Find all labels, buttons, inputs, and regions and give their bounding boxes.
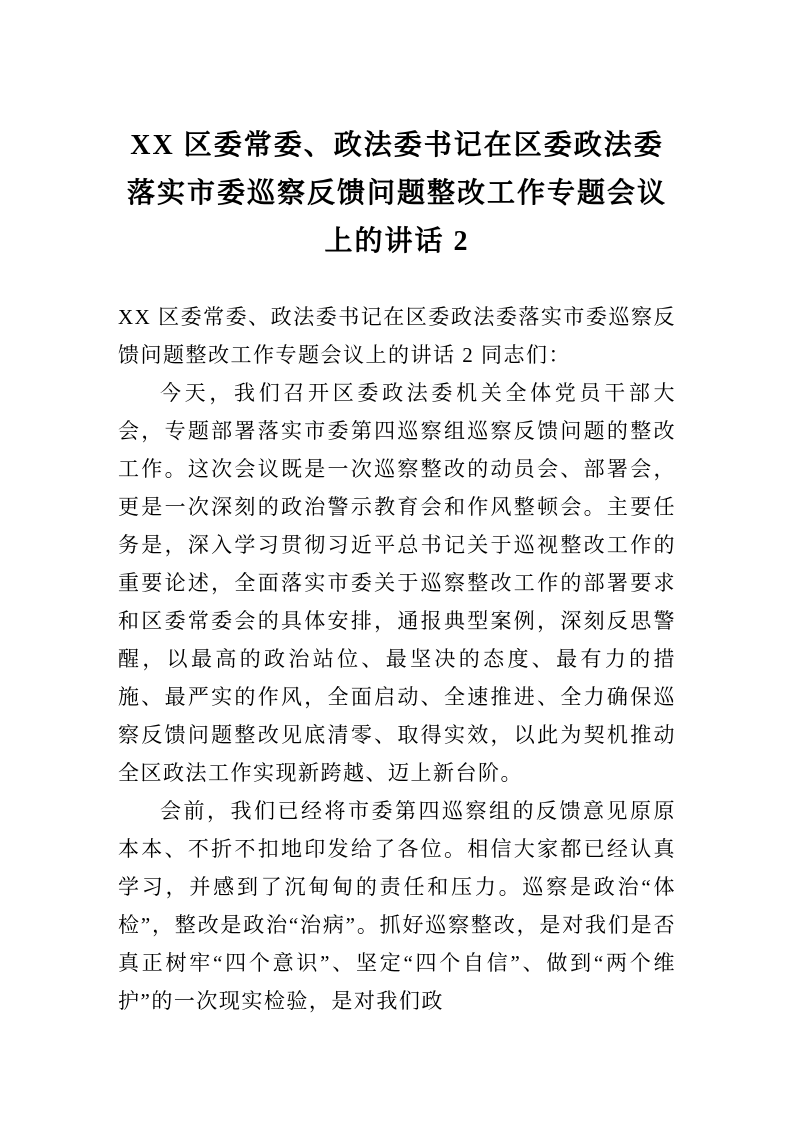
document-title: XX 区委常委、政法委书记在区委政法委落实市委巡察反馈问题整改工作专题会议上的讲… bbox=[118, 122, 676, 266]
document-page: XX 区委常委、政法委书记在区委政法委落实市委巡察反馈问题整改工作专题会议上的讲… bbox=[0, 0, 793, 1122]
paragraph-feedback-distribution: 会前，我们已经将市委第四巡察组的反馈意见原原本本、不折不扣地印发给了各位。相信大… bbox=[118, 792, 676, 1020]
document-body: XX 区委常委、政法委书记在区委政法委落实市委巡察反馈问题整改工作专题会议上的讲… bbox=[118, 298, 676, 1020]
paragraph-salutation: XX 区委常委、政法委书记在区委政法委落实市委巡察反馈问题整改工作专题会议上的讲… bbox=[118, 298, 676, 374]
paragraph-meeting-purpose: 今天，我们召开区委政法委机关全体党员干部大会，专题部署落实市委第四巡察组巡察反馈… bbox=[118, 374, 676, 792]
